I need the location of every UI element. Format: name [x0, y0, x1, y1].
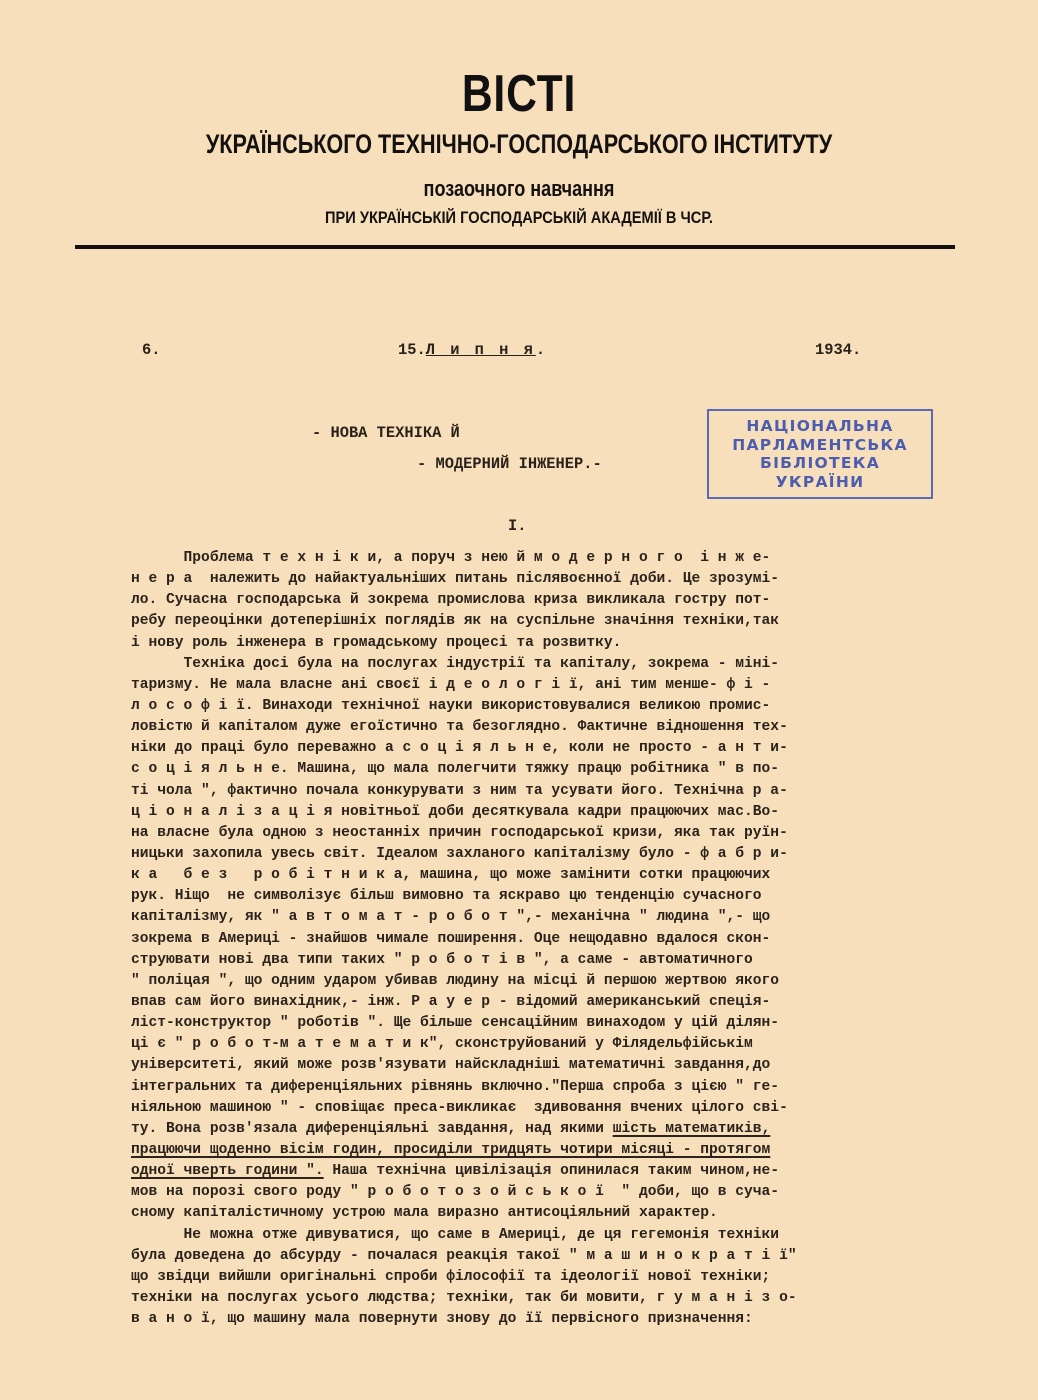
body-line: ті чола ", фактично почала конкурувати з… — [131, 781, 961, 802]
library-stamp: НАЦІОНАЛЬНА ПАРЛАМЕНТСЬКА БІБЛІОТЕКА УКР… — [707, 409, 933, 499]
body-text-segment: ту. Вона розв'язала диференціяльні завда… — [131, 1121, 613, 1137]
body-text-segment: н е р а належить до найактуальніших пита… — [131, 571, 779, 587]
body-line: мов на порозі свого роду " р о б о т о з… — [131, 1182, 961, 1203]
body-text-segment: інтегральних та диференціяльних рівнянь … — [131, 1079, 779, 1095]
body-line: зокрема в Америці - знайшов чимале пошир… — [131, 929, 961, 950]
body-line: впав сам його винахідник,- інж. Р а у е … — [131, 992, 961, 1013]
body-text-segment: на власне була одною з неостанніх причин… — [131, 825, 788, 841]
body-text-segment: Наша технічна цивілізація опинилася таки… — [324, 1163, 779, 1179]
body-text-segment: сному капіталістичному устрою мала вираз… — [131, 1205, 718, 1221]
stamp-line: УКРАЇНИ — [776, 473, 865, 492]
body-line: с о ц і я л ь н е. Машина, що мала полег… — [131, 759, 961, 780]
body-line: струювати нові два типи таких " р о б о … — [131, 950, 961, 971]
body-text-segment: Техніка досі була на послугах індустрії … — [131, 656, 779, 672]
body-text-segment: Проблема т е х н і к и, а поруч з нею й … — [131, 550, 770, 566]
body-line: ребу переоцінки дотеперішніх поглядів як… — [131, 611, 961, 632]
body-line: на власне була одною з неостанніх причин… — [131, 823, 961, 844]
body-line: університеті, який може розв'язувати най… — [131, 1055, 961, 1076]
body-line: Техніка досі була на послугах індустрії … — [131, 654, 961, 675]
body-text-segment: струювати нові два типи таких " р о б о … — [131, 952, 753, 968]
body-line: в а н о ї, що машину мала повернути знов… — [131, 1309, 961, 1330]
underlined-text-segment: одної чверть години ". — [131, 1163, 324, 1179]
body-text-segment: таризму. Не мала власне ані своєї і д е … — [131, 677, 770, 693]
body-line: " поліцая ", що одним ударом убивав люди… — [131, 971, 961, 992]
body-text-segment: ніки до праці було переважно а с о ц і я… — [131, 740, 788, 756]
issue-month-suffix: . — [536, 341, 545, 359]
section-number: I. — [508, 517, 526, 535]
body-text-segment: Не можна отже дивуватися, що саме в Амер… — [131, 1227, 779, 1243]
article-title-line-1: - НОВА ТЕХНІКА Й — [312, 424, 460, 442]
masthead-study-mode: позаочного навчання — [93, 175, 944, 203]
issue-day: 15. — [398, 341, 426, 359]
body-text-segment: і нову роль інженера в громадському проц… — [131, 635, 621, 651]
body-text-segment: що звідци вийшли оригінальні спроби філо… — [131, 1269, 770, 1285]
underlined-text-segment: шість математиків, — [613, 1121, 771, 1137]
body-line: Не можна отже дивуватися, що саме в Амер… — [131, 1225, 961, 1246]
body-line: ницьки захопила увесь світ. Ідеалом захл… — [131, 844, 961, 865]
body-line: ліст-конструктор " роботів ". Ще більше … — [131, 1013, 961, 1034]
body-line: рук. Ніщо не символізує більш вимовно та… — [131, 886, 961, 907]
body-line: Проблема т е х н і к и, а поруч з нею й … — [131, 548, 961, 569]
article-body: Проблема т е х н і к и, а поруч з нею й … — [131, 548, 961, 1330]
body-line: ц і о н а л і з а ц і я новітньої доби д… — [131, 802, 961, 823]
body-text-segment: мов на порозі свого роду " р о б о т о з… — [131, 1184, 779, 1200]
body-line: сному капіталістичному устрою мала вираз… — [131, 1203, 961, 1224]
body-text-segment: ц і о н а л і з а ц і я новітньої доби д… — [131, 804, 779, 820]
body-line: що звідци вийшли оригінальні спроби філо… — [131, 1267, 961, 1288]
stamp-line: ПАРЛАМЕНТСЬКА — [732, 436, 908, 455]
body-text-segment: ло. Сучасна господарська й зокрема проми… — [131, 592, 770, 608]
body-text-segment: с о ц і я л ь н е. Машина, що мала полег… — [131, 761, 779, 777]
body-text-segment: л о с о ф і ї. Винаходи технічної науки … — [131, 698, 770, 714]
body-line: ніки до праці було переважно а с о ц і я… — [131, 738, 961, 759]
issue-year: 1934. — [815, 341, 861, 359]
body-line: л о с о ф і ї. Винаходи технічної науки … — [131, 696, 961, 717]
body-line: була доведена до абсурду - почалася реак… — [131, 1246, 961, 1267]
body-line: н е р а належить до найактуальніших пита… — [131, 569, 961, 590]
masthead-academy: ПРИ УКРАЇНСЬКІЙ ГОСПОДАРСЬКІЙ АКАДЕМІЇ В… — [73, 206, 966, 230]
masthead-title: ВІСТІ — [93, 64, 944, 124]
body-text-segment: ліст-конструктор " роботів ". Ще більше … — [131, 1015, 779, 1031]
body-text-segment: зокрема в Америці - знайшов чимале пошир… — [131, 931, 770, 947]
body-text-segment: ребу переоцінки дотеперішніх поглядів як… — [131, 613, 779, 629]
body-line: ловістю й капіталом дуже егоїстично та б… — [131, 717, 961, 738]
body-text-segment: ті чола ", фактично почала конкурувати з… — [131, 783, 788, 799]
body-line: працюючи щоденно вісім годин, просиділи … — [131, 1140, 961, 1161]
body-text-segment: ницьки захопила увесь світ. Ідеалом захл… — [131, 846, 788, 862]
stamp-line: БІБЛІОТЕКА — [760, 454, 880, 473]
body-text-segment: впав сам його винахідник,- інж. Р а у е … — [131, 994, 770, 1010]
issue-month: Л и п н я — [426, 341, 536, 359]
body-text-segment: " поліцая ", що одним ударом убивав люди… — [131, 973, 779, 989]
body-text-segment: к а б е з р о б і т н и к а, машина, що … — [131, 867, 770, 883]
body-line: ніяльною машиною " - сповіщає преса-викл… — [131, 1098, 961, 1119]
body-line: ло. Сучасна господарська й зокрема проми… — [131, 590, 961, 611]
body-line: техніки на послугах усього людства; техн… — [131, 1288, 961, 1309]
body-text-segment: ці є " р о б о т-м а т е м а т и к", ско… — [131, 1036, 753, 1052]
masthead-institute: УКРАЇНСЬКОГО ТЕХНІЧНО-ГОСПОДАРСЬКОГО ІНС… — [104, 127, 934, 161]
body-line: ту. Вона розв'язала диференціяльні завда… — [131, 1119, 961, 1140]
body-text-segment: техніки на послугах усього людства; техн… — [131, 1290, 797, 1306]
body-text-segment: в а н о ї, що машину мала повернути знов… — [131, 1311, 753, 1327]
body-text-segment: університеті, який може розв'язувати най… — [131, 1057, 770, 1073]
body-line: капіталізму, як " а в т о м а т - р о б … — [131, 907, 961, 928]
body-text-segment: капіталізму, як " а в т о м а т - р о б … — [131, 909, 770, 925]
body-line: інтегральних та диференціяльних рівнянь … — [131, 1077, 961, 1098]
body-line: і нову роль інженера в громадському проц… — [131, 633, 961, 654]
masthead-divider — [75, 245, 955, 249]
body-text-segment: ніяльною машиною " - сповіщає преса-викл… — [131, 1100, 788, 1116]
body-text-segment: рук. Ніщо не символізує більш вимовно та… — [131, 888, 762, 904]
underlined-text-segment: працюючи щоденно вісім годин, просиділи … — [131, 1142, 770, 1158]
body-text-segment: була доведена до абсурду - почалася реак… — [131, 1248, 797, 1264]
body-line: ці є " р о б о т-м а т е м а т и к", ско… — [131, 1034, 961, 1055]
stamp-line: НАЦІОНАЛЬНА — [746, 417, 893, 436]
body-line: к а б е з р о б і т н и к а, машина, що … — [131, 865, 961, 886]
body-line: таризму. Не мала власне ані своєї і д е … — [131, 675, 961, 696]
article-title-line-2: - МОДЕРНИЙ ІНЖЕНЕР.- — [417, 455, 602, 473]
body-text-segment: ловістю й капіталом дуже егоїстично та б… — [131, 719, 788, 735]
issue-date: 15.Л и п н я. — [398, 341, 545, 359]
issue-number: 6. — [142, 341, 160, 359]
body-line: одної чверть години ". Наша технічна цив… — [131, 1161, 961, 1182]
